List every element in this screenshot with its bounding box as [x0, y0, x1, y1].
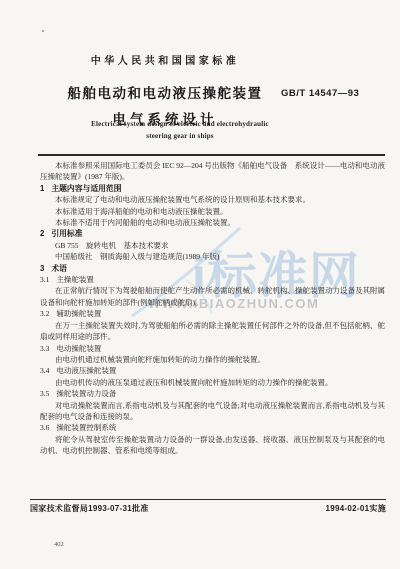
term-3-5-definition: 对电动操舵装置而言,系指电动机及与其配套的电气设备;对电动液压操舵装置而言,系指… — [40, 400, 385, 423]
approval-note: 国家技术监督局1993-07-31批准 — [30, 503, 149, 514]
term-3-5-name: 操舵装置动力设备 — [56, 389, 116, 398]
header-divider — [38, 154, 385, 156]
page-number: 402 — [54, 541, 64, 548]
term-3-6-number: 3.6 — [40, 423, 49, 432]
section-3-title: 术语 — [51, 264, 67, 273]
term-3-4-number: 3.4 — [40, 366, 49, 375]
term-3-6-heading: 3.6操舵装置控制系统 — [40, 422, 385, 433]
term-3-5-number: 3.5 — [40, 389, 49, 398]
standard-type-label: 中华人民共和国国家标准 — [0, 52, 400, 67]
intro-paragraph: 本标准参照采用国际电工委员会 IEC 92—204 号出版物《船舶电气设备 系统… — [40, 160, 385, 183]
section-1-number: 1 — [40, 184, 44, 193]
section-3-number: 3 — [40, 264, 44, 273]
section-2-heading: 2引用标准 — [40, 228, 385, 239]
section-3-heading: 3术语 — [40, 263, 385, 274]
term-3-5-heading: 3.5操舵装置动力设备 — [40, 388, 385, 399]
term-3-1-number: 3.1 — [40, 275, 49, 284]
footer: 国家技术监督局1993-07-31批准 1994-02-01实施 — [30, 503, 386, 514]
reference-2: 中国船级社 钢质海船入级与建造规范(1989 年版) — [40, 251, 385, 262]
standard-code: GB/T 14547—93 — [281, 88, 359, 99]
footer-divider — [30, 499, 386, 500]
term-3-6-name: 操舵装置控制系统 — [56, 423, 116, 432]
term-3-2-name: 辅助操舵装置 — [56, 309, 101, 318]
section-1-title: 主题内容与适用范围 — [51, 184, 121, 193]
reference-1: GB 755 旋转电机 基本技术要求 — [40, 240, 385, 251]
document-page: i标准网 WWW.IBIAOZHUN.COM 中华人民共和国国家标准 船舶电动和… — [0, 0, 400, 569]
term-3-3-name: 电动操舵装置 — [56, 344, 101, 353]
english-title-line1: Electrical system design of electric and… — [0, 120, 400, 128]
section-1-paragraph-1: 本标准规定了电动和电动液压操舵装置电气系统的设计原则和基本技术要求。 — [40, 194, 385, 205]
term-3-3-definition: 由电动机通过机械装置向舵杆施加转矩的动力操作的操舵装置。 — [40, 354, 385, 365]
section-2-title: 引用标准 — [51, 229, 82, 238]
term-3-3-heading: 3.3电动操舵装置 — [40, 343, 385, 354]
english-title: Electrical system design of electric and… — [0, 120, 400, 140]
term-3-1-heading: 3.1主操舵装置 — [40, 274, 385, 285]
implementation-note: 1994-02-01实施 — [325, 503, 386, 514]
term-3-2-definition: 在万一主操舵装置失效时,为驾驶船舶所必需的除主操舵装置任何部件之外的设备,但不包… — [40, 320, 385, 343]
section-1-paragraph-2: 本标准适用于海洋船舶的电动和电动液压操舵装置。 — [40, 206, 385, 217]
section-1-heading: 1主题内容与适用范围 — [40, 183, 385, 194]
term-3-1-name: 主操舵装置 — [56, 275, 94, 284]
term-3-4-definition: 由电动机传动的液压泵通过液压和机械装置向舵杆施加转矩的动力操作的操舵装置。 — [40, 377, 385, 388]
scan-speck — [42, 30, 44, 32]
document-body: 本标准参照采用国际电工委员会 IEC 92—204 号出版物《船舶电气设备 系统… — [40, 160, 385, 457]
term-3-2-heading: 3.2辅助操舵装置 — [40, 308, 385, 319]
term-3-2-number: 3.2 — [40, 309, 49, 318]
section-2-number: 2 — [40, 229, 44, 238]
term-3-4-name: 电动液压操舵装置 — [56, 366, 116, 375]
term-3-1-definition: 在正常航行情况下为驾驶船舶而使舵产生动作所必需的机械、转舵机构、操舵装置动力设备… — [40, 285, 385, 308]
english-title-line2: steering gear in ships — [0, 132, 400, 140]
term-3-6-definition: 将舵令从驾驶室传至操舵装置动力设备的一群设备,由发送器、接收器、液压控制泵及与其… — [40, 434, 385, 457]
term-3-3-number: 3.3 — [40, 344, 49, 353]
term-3-4-heading: 3.4电动液压操舵装置 — [40, 365, 385, 376]
section-1-paragraph-3: 本标准不适用于内河船舶的电动和电动液压操舵装置。 — [40, 217, 385, 228]
